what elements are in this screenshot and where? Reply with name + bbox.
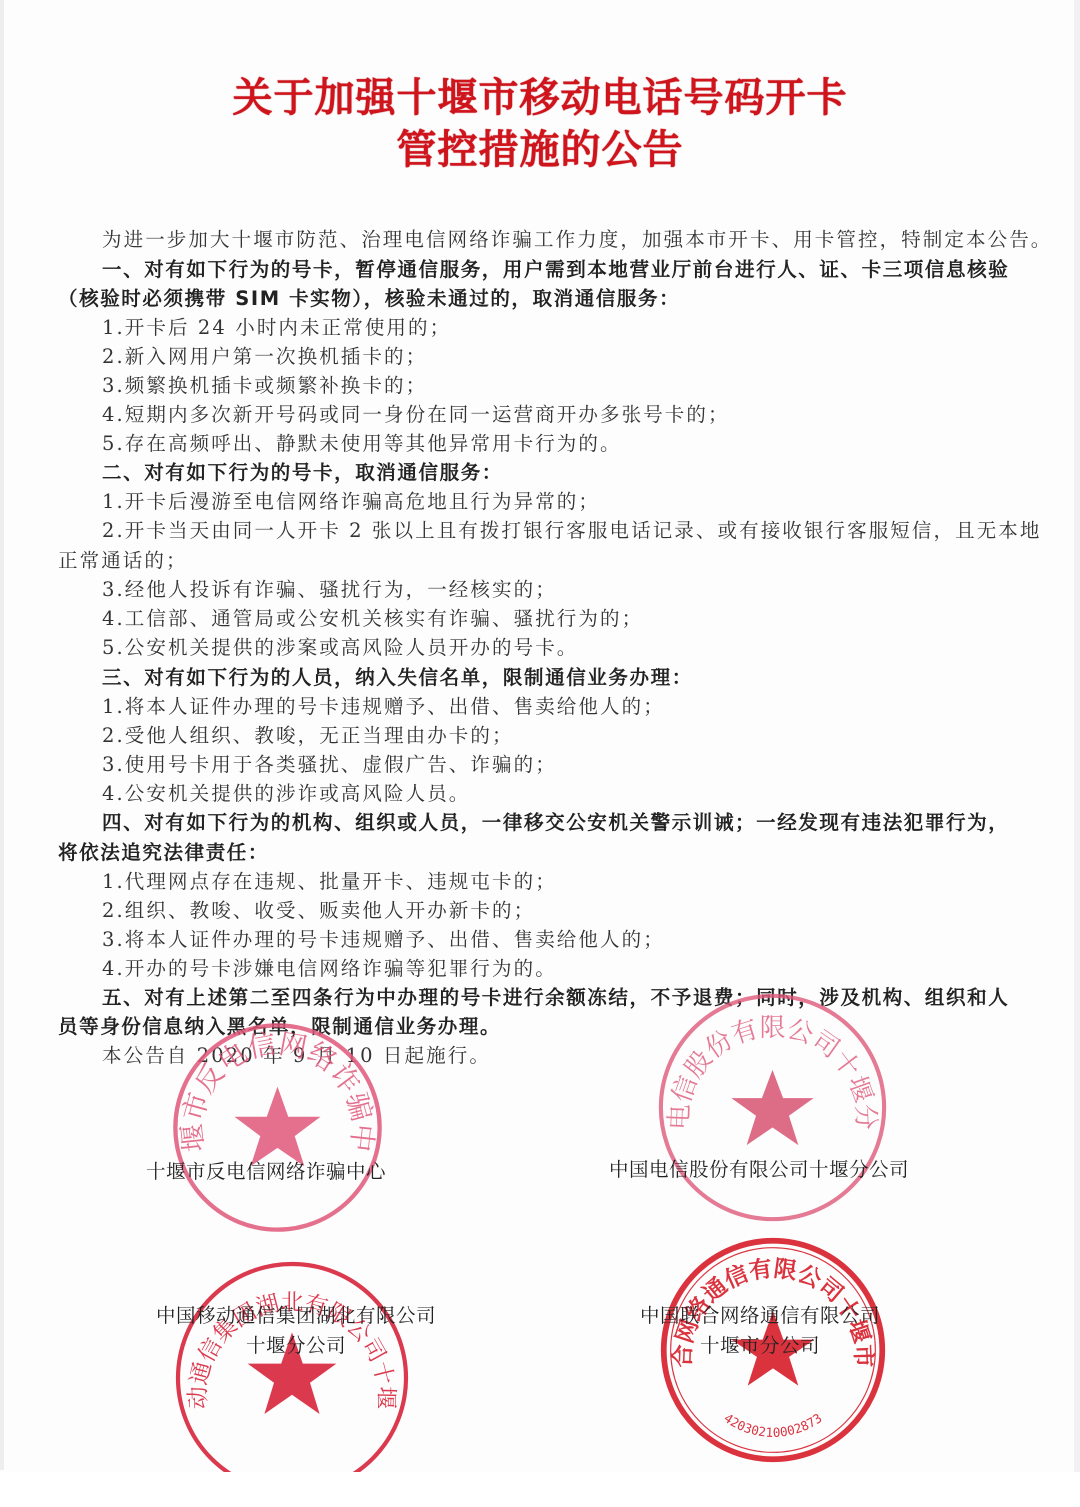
seal-icon: 中国电信股份有限公司十堰分公司 bbox=[655, 990, 890, 1225]
official-seal-anti-fraud-center: 十堰市反电信网络诈骗中心 bbox=[170, 1020, 385, 1235]
seal-icon: 十堰市反电信网络诈骗中心 bbox=[170, 1020, 385, 1235]
document-title-line-2: 管控措施的公告 bbox=[0, 118, 1080, 175]
body-line: 3.经他人投诉有诈骗、骚扰行为，一经核实的； bbox=[102, 576, 557, 604]
body-line: 2.受他人组织、教唆，无正当理由办卡的； bbox=[102, 722, 514, 750]
star-icon bbox=[235, 1087, 321, 1167]
section-heading: 四、对有如下行为的机构、组织或人员，一律移交公安机关警示训诫；一经发现有违法犯罪… bbox=[102, 809, 1009, 837]
page-bottom-margin bbox=[0, 1472, 1080, 1507]
signatory-name-line-1: 中国联合网络通信有限公司 bbox=[630, 1300, 890, 1328]
body-line: 5.公安机关提供的涉案或高风险人员开办的号卡。 bbox=[102, 634, 578, 662]
signatory-china-mobile: 中国移动通信集团湖北有限公司 十堰分公司 bbox=[146, 1300, 446, 1358]
signatory-china-unicom: 中国联合网络通信有限公司 十堰市分公司 bbox=[630, 1300, 890, 1358]
body-line: 5.存在高频呼出、静默未使用等其他异常用卡行为的。 bbox=[102, 430, 622, 458]
body-line: 1.代理网点存在违规、批量开卡、违规屯卡的； bbox=[102, 868, 557, 896]
body-line: 2.开卡当天由同一人开卡 2 张以上且有拨打银行客服电话记录、或有接收银行客服短… bbox=[102, 517, 1042, 545]
body-line: 为进一步加大十堰市防范、治理电信网络诈骗工作力度，加强本市开卡、用卡管控，特制定… bbox=[102, 226, 1052, 254]
body-line: 1.开卡后漫游至电信网络诈骗高危地且行为异常的； bbox=[102, 488, 600, 516]
page-edge bbox=[1074, 0, 1080, 1507]
signatory-name-line-2: 十堰市分公司 bbox=[630, 1330, 890, 1358]
section-heading: 将依法追究法律责任： bbox=[58, 839, 269, 867]
signatory-anti-fraud-center: 十堰市反电信网络诈骗中心 bbox=[146, 1156, 386, 1184]
body-line: 3.将本人证件办理的号卡违规赠予、出借、售卖给他人的； bbox=[102, 926, 665, 954]
official-seal-china-mobile: 中国移动通信集团湖北有限公司十堰分公司 bbox=[172, 1258, 412, 1498]
body-line: 4.公安机关提供的涉诈或高风险人员。 bbox=[102, 780, 470, 808]
section-heading: 二、对有如下行为的号卡，取消通信服务： bbox=[102, 459, 503, 487]
section-heading: （核验时必须携带 SIM 卡实物），核验未通过的，取消通信服务： bbox=[58, 285, 680, 313]
signatory-name-line-2: 十堰分公司 bbox=[146, 1330, 446, 1358]
body-line: 1.将本人证件办理的号卡违规赠予、出借、售卖给他人的； bbox=[102, 693, 665, 721]
body-line: 4.短期内多次新开号码或同一身份在同一运营商开办多张号卡的； bbox=[102, 401, 730, 429]
body-line: 2.新入网用户第一次换机插卡的； bbox=[102, 343, 427, 371]
signatory-name-line-1: 中国移动通信集团湖北有限公司 bbox=[146, 1300, 446, 1328]
seal-code: 4203021000287З bbox=[721, 1410, 824, 1440]
body-line: 正常通话的； bbox=[58, 547, 188, 575]
official-seal-china-telecom: 中国电信股份有限公司十堰分公司 bbox=[655, 990, 890, 1225]
body-line: 4.开办的号卡涉嫌电信网络诈骗等犯罪行为的。 bbox=[102, 955, 557, 983]
seal-icon: 中国移动通信集团湖北有限公司十堰分公司 bbox=[172, 1258, 412, 1498]
document-title-line-1: 关于加强十堰市移动电话号码开卡 bbox=[0, 66, 1080, 123]
signatory-china-telecom: 中国电信股份有限公司十堰分公司 bbox=[609, 1154, 909, 1182]
section-heading: 三、对有如下行为的人员，纳入失信名单，限制通信业务办理： bbox=[102, 664, 693, 692]
body-line: 1.开卡后 24 小时内未正常使用的； bbox=[102, 314, 451, 342]
page-edge bbox=[0, 0, 4, 1470]
section-heading: 一、对有如下行为的号卡，暂停通信服务，用户需到本地营业厅前台进行人、证、卡三项信… bbox=[102, 256, 1009, 284]
body-line: 3.频繁换机插卡或频繁补换卡的； bbox=[102, 372, 427, 400]
body-line: 2.组织、教唆、收受、贩卖他人开办新卡的； bbox=[102, 897, 535, 925]
body-line: 4.工信部、通管局或公安机关核实有诈骗、骚扰行为的； bbox=[102, 605, 643, 633]
body-line: 3.使用号卡用于各类骚扰、虚假广告、诈骗的； bbox=[102, 751, 557, 779]
star-icon bbox=[731, 1070, 813, 1145]
